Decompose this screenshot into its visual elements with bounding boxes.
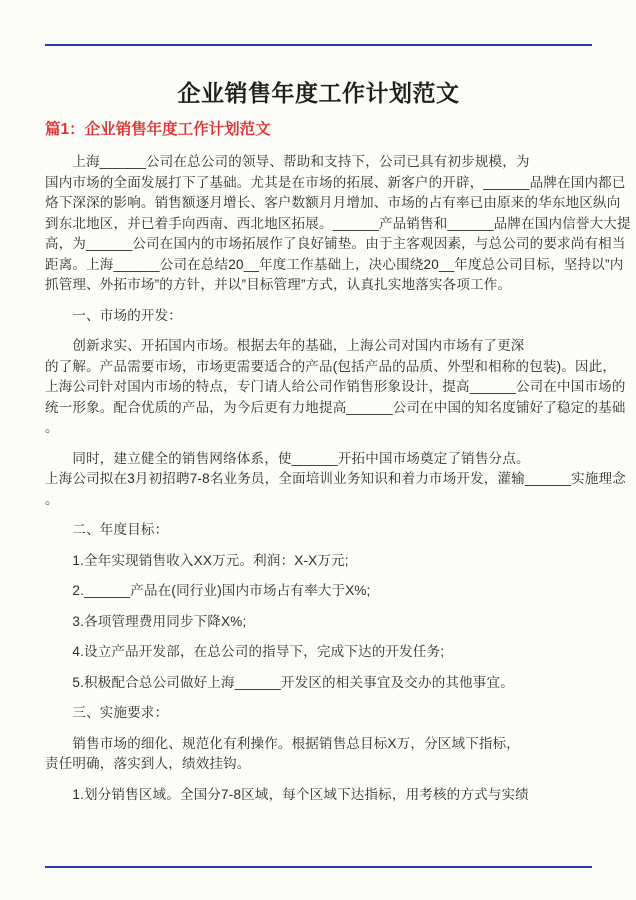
document-line: 创新求实、开拓国内市场。根据去年的基础，上海公司对国内市场有了更深 — [45, 336, 592, 357]
document-line: 烙下深深的影响。销售额逐月增长、客户数额月月增加、市场的占有率已由原来的华东地区… — [45, 193, 592, 214]
document-line: 5.积极配合总公司做好上海______开发区的相关事宜及交办的其他事宜。 — [45, 673, 592, 694]
document-line: 抓管理、外拓市场”的方针，并以”目标管理”方式，认真扎实地落实各项工作。 — [45, 275, 592, 296]
document-line: 。 — [45, 490, 592, 511]
document-list-item: 4.设立产品开发部，在总公司的指导下，完成下达的开发任务; — [45, 642, 592, 663]
document-line: 4.设立产品开发部，在总公司的指导下，完成下达的开发任务; — [45, 642, 592, 663]
document-body: 上海______公司在总公司的领导、帮助和支持下，公司已具有初步规模，为国内市场… — [45, 152, 592, 805]
document-line: 。 — [45, 418, 592, 439]
document-line: 上海公司针对国内市场的特点，专门请人给公司作销售形象设计，提高______公司在… — [45, 377, 592, 398]
bottom-divider-rule — [45, 866, 592, 868]
document-paragraph: 同时，建立健全的销售网络体系，使______开拓中国市场奠定了销售分点。上海公司… — [45, 449, 592, 511]
document-page: 企业销售年度工作计划范文 篇1：企业销售年度工作计划范文 上海______公司在… — [0, 0, 636, 900]
document-line: 的了解。产品需要市场，市场更需要适合的产品(包括产品的品质、外型和相称的包装)。… — [45, 357, 592, 378]
document-list-item: 1.全年实现销售收入XX万元。利润：X-X万元; — [45, 551, 592, 572]
document-line: 二、年度目标： — [45, 520, 592, 541]
document-content: 企业销售年度工作计划范文 篇1：企业销售年度工作计划范文 上海______公司在… — [45, 74, 592, 815]
section-heading: 篇1：企业销售年度工作计划范文 — [45, 120, 592, 139]
document-section-heading: 一、市场的开发： — [45, 306, 592, 327]
document-section-heading: 二、年度目标： — [45, 520, 592, 541]
document-line: 上海公司拟在3月初招聘7-8名业务员，全面培训业务知识和着力市场开发，灌输___… — [45, 469, 592, 490]
document-line: 高，为______公司在国内的市场拓展作了良好铺垫。由于主客观因素，与总公司的要… — [45, 234, 592, 255]
document-list-item: 5.积极配合总公司做好上海______开发区的相关事宜及交办的其他事宜。 — [45, 673, 592, 694]
document-paragraph: 创新求实、开拓国内市场。根据去年的基础，上海公司对国内市场有了更深的了解。产品需… — [45, 336, 592, 439]
document-list-item: 2.______产品在(同行业)国内市场占有率大于X%; — [45, 581, 592, 602]
document-line: 距离。上海______公司在总结20__年度工作基础上，决心围绕20__年度总公… — [45, 255, 592, 276]
page-title: 企业销售年度工作计划范文 — [45, 78, 592, 108]
document-line: 销售市场的细化、规范化有利操作。根据销售总目标X万，分区域下指标， — [45, 734, 592, 755]
document-line: 3.各项管理费用同步下降X%; — [45, 612, 592, 633]
document-line: 到东北地区，并已着手向西南、西北地区拓展。______产品销售和______品牌… — [45, 214, 592, 235]
document-list-item: 1.划分销售区域。全国分7-8区域，每个区域下达指标，用考核的方式与实绩 — [45, 785, 592, 806]
document-line: 上海______公司在总公司的领导、帮助和支持下，公司已具有初步规模，为 — [45, 152, 592, 173]
document-line: 2.______产品在(同行业)国内市场占有率大于X%; — [45, 581, 592, 602]
document-line: 同时，建立健全的销售网络体系，使______开拓中国市场奠定了销售分点。 — [45, 449, 592, 470]
document-line: 1.划分销售区域。全国分7-8区域，每个区域下达指标，用考核的方式与实绩 — [45, 785, 592, 806]
document-list-item: 3.各项管理费用同步下降X%; — [45, 612, 592, 633]
document-line: 责任明确，落实到人，绩效挂钩。 — [45, 754, 592, 775]
document-paragraph: 销售市场的细化、规范化有利操作。根据销售总目标X万，分区域下指标，责任明确，落实… — [45, 734, 592, 775]
document-line: 一、市场的开发： — [45, 306, 592, 327]
document-paragraph: 上海______公司在总公司的领导、帮助和支持下，公司已具有初步规模，为国内市场… — [45, 152, 592, 296]
document-line: 统一形象。配合优质的产品，为今后更有力地提高______公司在中国的知名度铺好了… — [45, 398, 592, 419]
document-section-heading: 三、实施要求： — [45, 703, 592, 724]
top-divider-rule — [45, 44, 592, 46]
document-line: 三、实施要求： — [45, 703, 592, 724]
document-line: 1.全年实现销售收入XX万元。利润：X-X万元; — [45, 551, 592, 572]
document-line: 国内市场的全面发展打下了基础。尤其是在市场的拓展、新客户的开辟，______品牌… — [45, 173, 592, 194]
